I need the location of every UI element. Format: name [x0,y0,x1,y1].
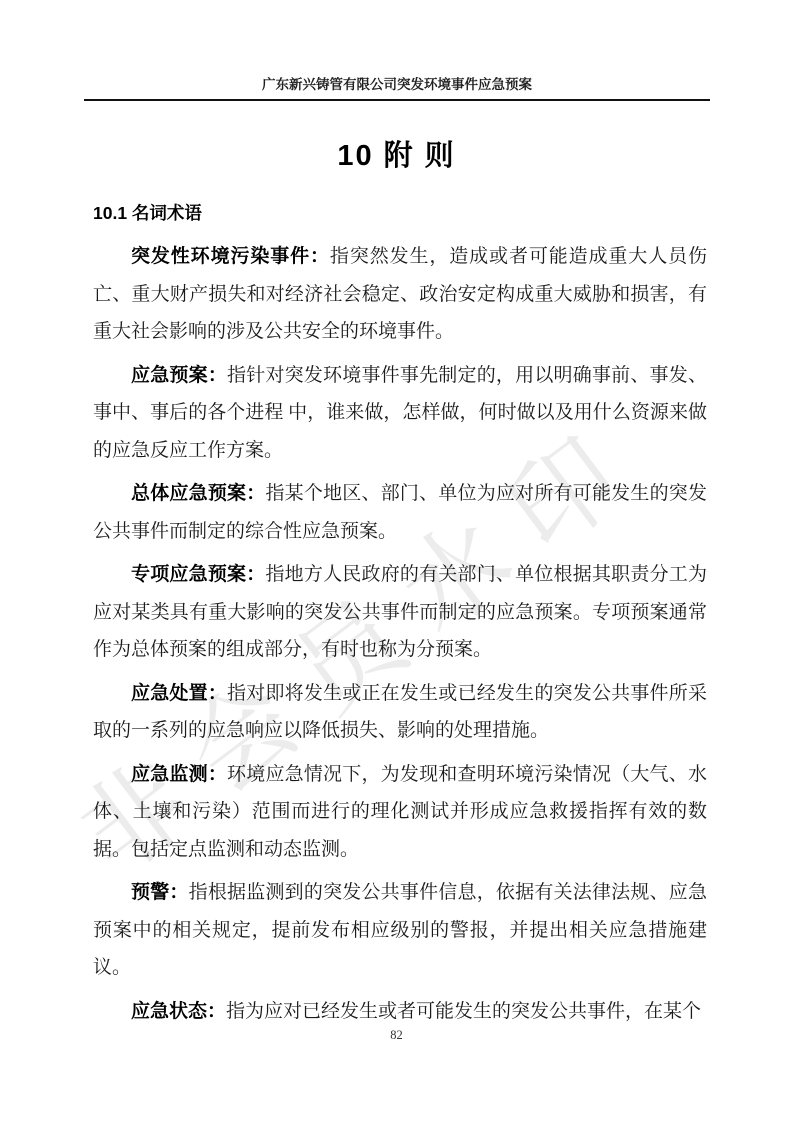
definition-term: 应急预案： [131,365,227,386]
definition-text: 指为应对已经发生或者可能发生的突发公共事件，在某个 [226,1001,701,1022]
header-title: 广东新兴铸管有限公司突发环境事件应急预案 [262,77,532,92]
page-header: 广东新兴铸管有限公司突发环境事件应急预案 [84,73,710,101]
definition-term: 预警： [131,882,189,903]
document-page: 非会员水印 广东新兴铸管有限公司突发环境事件应急预案 10 附 则 10.1 名… [0,0,793,1122]
page-number: 82 [0,1028,793,1043]
definition-term: 突发性环境污染事件： [131,246,330,267]
definition-term: 专项应急预案： [131,564,265,585]
definition-paragraph: 应急处置：指对即将发生或正在发生或已经发生的突发公共事件所采取的一系列的应急响应… [93,675,707,750]
definition-paragraph: 总体应急预案：指某个地区、部门、单位为应对所有可能发生的突发公共事件而制定的综合… [93,475,707,550]
definition-term: 应急监测： [131,764,227,785]
definition-paragraph: 预警：指根据监测到的突发公共事件信息，依据有关法律法规、应急预案中的相关规定，提… [93,874,707,987]
chapter-title: 10 附 则 [0,133,793,174]
definition-term: 应急处置： [131,683,227,704]
definition-paragraph: 专项应急预案：指地方人民政府的有关部门、单位根据其职责分工为应对某类具有重大影响… [93,556,707,669]
definition-paragraph: 应急预案：指针对突发环境事件事先制定的，用以明确事前、事发、事中、事后的各个进程… [93,357,707,470]
definition-term: 总体应急预案： [131,483,265,504]
section-heading: 10.1 名词术语 [93,200,202,225]
definitions-list: 突发性环境污染事件：指突然发生，造成或者可能造成重大人员伤亡、重大财产损失和对经… [93,238,707,1036]
definition-paragraph: 应急监测：环境应急情况下，为发现和查明环境污染情况（大气、水体、土壤和污染）范围… [93,756,707,869]
definition-term: 应急状态： [131,1001,226,1022]
definition-paragraph: 应急状态：指为应对已经发生或者可能发生的突发公共事件，在某个 [93,993,707,1031]
definition-paragraph: 突发性环境污染事件：指突然发生，造成或者可能造成重大人员伤亡、重大财产损失和对经… [93,238,707,351]
